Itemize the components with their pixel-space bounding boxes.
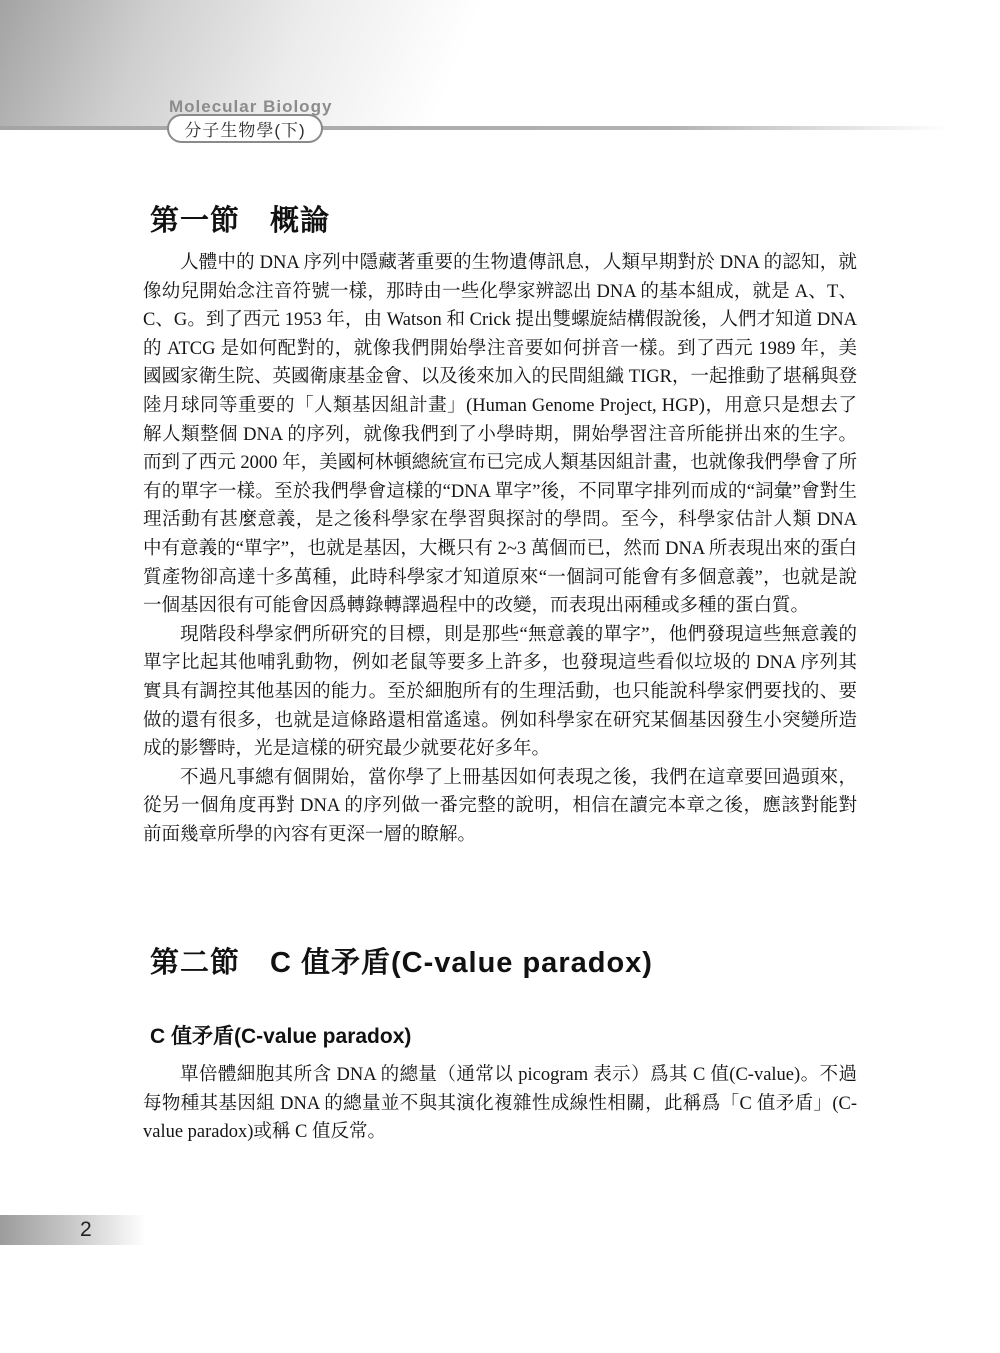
section-1-heading: 第一節 概論 — [150, 198, 330, 239]
paragraph: 單倍體細胞其所含 DNA 的總量（通常以 picogram 表示）爲其 C 值(… — [143, 1061, 857, 1147]
section-2-body: 單倍體細胞其所含 DNA 的總量（通常以 picogram 表示）爲其 C 值(… — [143, 1061, 857, 1147]
header-divider-line — [0, 126, 958, 130]
page-number-bar: 2 — [0, 1215, 152, 1245]
paragraph: 不過凡事總有個開始，當你學了上冊基因如何表現之後，我們在這章要回過頭來，從另一個… — [143, 764, 857, 850]
paragraph: 現階段科學家們所研究的目標，則是那些“無意義的單字”，他們發現這些無意義的單字比… — [143, 621, 857, 764]
book-title-chinese: 分子生物學(下) — [184, 116, 305, 141]
section-1-body: 人體中的 DNA 序列中隱藏著重要的生物遺傳訊息，人類早期對於 DNA 的認知，… — [143, 249, 857, 849]
paragraph: 人體中的 DNA 序列中隱藏著重要的生物遺傳訊息，人類早期對於 DNA 的認知，… — [143, 249, 857, 621]
page-number: 2 — [80, 1218, 92, 1242]
section-2-subheading: C 值矛盾(C-value paradox) — [150, 1020, 411, 1050]
textbook-page: Molecular Biology 分子生物學(下) 第一節 概論 人體中的 D… — [0, 0, 1000, 1353]
corner-gradient-decoration — [0, 0, 1000, 126]
section-2-heading: 第二節 C 值矛盾(C-value paradox) — [150, 940, 653, 981]
book-title-badge: 分子生物學(下) — [167, 114, 323, 143]
